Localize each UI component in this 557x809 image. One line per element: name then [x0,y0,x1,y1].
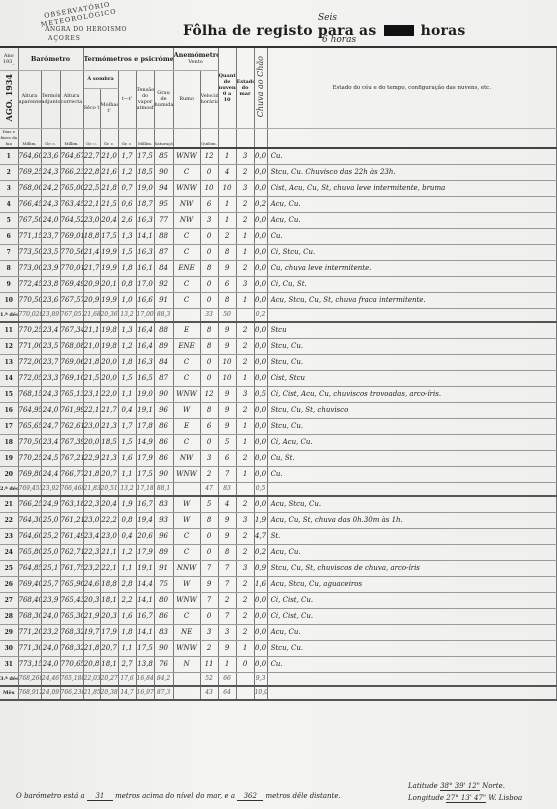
summary-row: 2.ª década769,45523,92766,46821,8320,511… [0,482,557,496]
unit-cell: Dias e fases da lua [0,128,18,148]
cell-rain: 0,0 [254,148,267,165]
cell-vap: 17,8 [136,418,154,434]
cell-rain: 0,0 [254,212,267,228]
cell-sea: 2 [236,608,254,624]
cell-cl: 10 [218,370,236,386]
baro-col-corrected: Altura correcta [60,70,83,128]
cell-vap: 19,1 [136,560,154,576]
units-row: Dias e fases da luaMillim.Gr. c.Millim.G… [0,128,557,148]
cell-alt: 773,00 [18,260,41,276]
cell-tmp: 24,2 [41,180,60,196]
cell-diff: 0,7 [118,180,136,196]
cell-diff: 2,2 [118,592,136,608]
cell-wet: 20,0 [100,354,118,370]
cell-sea: 2 [236,544,254,560]
cell-dry: 21,8 [83,640,100,656]
cell-day: 4 [0,196,18,212]
cell-vap: 16,4 [136,322,154,339]
cell-diff: 1,8 [118,354,136,370]
cell-cor: 766,468 [60,482,83,496]
cell-hum: 87 [154,244,173,260]
cell-rain: 0,0 [254,402,267,418]
latitude-value: 38° 39' 12" [440,782,480,791]
cell-alt: 764,85 [18,560,41,576]
cell-dir: ENE [173,260,200,276]
cell-tmp: 23,8 [41,276,60,292]
cell-dir [173,672,200,686]
cell-day: 26 [0,576,18,592]
table-row: 15768,1524,3765,1323,122,01,119,090WNW12… [0,386,557,402]
cell-tmp: 25,1 [41,560,60,576]
cell-wet: 18,5 [100,434,118,450]
cell-cl: 10 [218,354,236,370]
table-row: 11770,2523,4767,3421,119,81,316,488E8920… [0,322,557,339]
cell-dir: WNW [173,386,200,402]
cell-sea: 2 [236,528,254,544]
cell-vel: 0 [200,164,218,180]
cell-day: 1.ª década [0,308,18,322]
cell-cor: 766,236 [60,686,83,700]
cell-vap: 14,1 [136,592,154,608]
cell-hum: 94 [154,180,173,196]
cell-sea: 2 [236,354,254,370]
cell-rain: 0,2 [254,544,267,560]
cell-vel: 8 [200,260,218,276]
cell-dry: 21,0 [83,338,100,354]
unit-cell: Gr. c. [41,128,60,148]
cell-alt: 771,15 [18,228,41,244]
cell-sea: 2 [236,624,254,640]
cell-wet: 20,51 [100,482,118,496]
cell-vel: 12 [200,148,218,165]
cell-vel: 0 [200,292,218,308]
unit-cell: Millim. [60,128,83,148]
thermo-col-diff: t—t' [118,70,136,128]
cell-diff: 2,7 [118,656,136,672]
cell-rain: 0,0 [254,260,267,276]
cell-cl: 4 [218,496,236,513]
cell-cor: 765,13 [60,386,83,402]
cell-day: 8 [0,260,18,276]
cell-cl: 6 [218,276,236,292]
cell-cl: 7 [218,576,236,592]
cell-wet: 21,5 [100,196,118,212]
cell-cor: 766,77 [60,466,83,482]
cell-rain: 0,0 [254,244,267,260]
cell-vel: 8 [200,322,218,339]
cell-dir: C [173,276,200,292]
cell-rain: 1,6 [254,576,267,592]
cell-dir: C [173,370,200,386]
cell-sea: 2 [236,196,254,212]
cell-alt: 772,05 [18,370,41,386]
cell-hum: 89 [154,338,173,354]
cell-tmp: 24,4 [41,466,60,482]
cell-diff: 1,9 [118,496,136,513]
cell-vap: 16,7 [136,496,154,513]
cell-day: 9 [0,276,18,292]
cell-hum: 76 [154,656,173,672]
table-row: 23764,6025,2761,4923,423,00,420,696C0924… [0,528,557,544]
cell-rain: 0,0 [254,370,267,386]
cell-cl: 83 [218,482,236,496]
cell-vel: 8 [200,512,218,528]
cell-cl: 2 [218,228,236,244]
cell-tmp: 23,5 [41,338,60,354]
cell-cor: 769,49 [60,276,83,292]
cell-vel: 6 [200,418,218,434]
cell-cor: 761,49 [60,528,83,544]
unit-cell: Quilóm. [200,128,218,148]
cell-rain: 0,9 [254,560,267,576]
cell-vel: 2 [200,640,218,656]
observatory-stamp: OBSERVATÓRIO METEOROLÓGICO ANGRA DO HERO… [8,2,158,44]
cell-wet: 17,5 [100,228,118,244]
cell-rain: 0,5 [254,386,267,402]
cell-diff: 1,2 [118,338,136,354]
cell-desc: Ci, Cist, Acu, Cu, chuviscos trovoadas, … [267,386,556,402]
latitude: Latitude 38° 39' 12" Norte. [408,782,505,791]
cell-vel: 0 [200,276,218,292]
cell-day: 25 [0,560,18,576]
cell-sea [236,686,254,700]
cell-dry: 23,1 [83,386,100,402]
cell-alt: 769,80 [18,466,41,482]
cell-dry: 23,0 [83,212,100,228]
register-sheet: OBSERVATÓRIO METEOROLÓGICO ANGRA DO HERO… [0,0,557,809]
cell-day: 3 [0,180,18,196]
cell-sea: 2 [236,338,254,354]
cell-rain: 10,0 [254,686,267,700]
cell-rain: 0,0 [254,640,267,656]
cell-dry: 21,1 [83,322,100,339]
cell-alt: 768,260 [18,672,41,686]
cell-dry: 20,8 [83,656,100,672]
cell-rain: 4,7 [254,528,267,544]
cell-dir: E [173,418,200,434]
cell-vap: 17,9 [136,544,154,560]
cell-day: 17 [0,418,18,434]
cell-day: 27 [0,592,18,608]
cell-day: 13 [0,354,18,370]
cell-dir: W [173,512,200,528]
cell-vel: 3 [200,450,218,466]
cell-vel: 3 [200,624,218,640]
cell-diff: 1,8 [118,260,136,276]
cell-cor: 767,21 [60,450,83,466]
cell-tmp: 23,89 [41,308,60,322]
cell-cor: 768,32 [60,624,83,640]
table-row: 25764,8525,1761,7523,222,11,119,191NNW77… [0,560,557,576]
cell-cor: 764,67 [60,148,83,165]
cell-cor: 767,34 [60,322,83,339]
cell-vel: 6 [200,196,218,212]
cell-vap: 16,97 [136,686,154,700]
table-row: 3768,0024,2765,0022,521,80,719,094WNW101… [0,180,557,196]
unit-cell [218,128,236,148]
table-row: 31773,1524,0770,6520,818,12,713,876N1110… [0,656,557,672]
unit-cell: Gr. c. [83,128,100,148]
cell-diff: 1,7 [118,148,136,165]
cell-sea: 1 [236,292,254,308]
cell-alt: 768,40 [18,592,41,608]
cell-cl: 1 [218,196,236,212]
cell-sea: 3 [236,386,254,402]
summary-row: Mês768,91224,09766,23621,8520,3814,716,9… [0,686,557,700]
handwritten-hour-word: Seis [318,13,337,23]
cell-wet: 21,8 [100,180,118,196]
cell-alt: 770,25 [18,322,41,339]
cell-rain: 0,0 [254,466,267,482]
cell-sea: 2 [236,402,254,418]
cell-wet: 21,3 [100,450,118,466]
cell-tmp: 23,9 [41,260,60,276]
cell-hum: 88 [154,322,173,339]
cell-tmp: 24,09 [41,686,60,700]
cell-alt: 766,25 [18,496,41,513]
cell-diff: 0,6 [118,196,136,212]
cell-dir: NW [173,450,200,466]
cell-cl: 1 [218,148,236,165]
baro-col-thermo: Termómetro adjunto [41,70,60,128]
cell-hum: 95 [154,196,173,212]
cell-dir: C [173,434,200,450]
cell-cl: 7 [218,608,236,624]
cell-desc: Cist, Stcu [267,370,556,386]
cell-hum: 93 [154,512,173,528]
cell-cl: 64 [218,686,236,700]
cell-wet: 21,7 [100,402,118,418]
cell-cl: 8 [218,544,236,560]
cell-tmp: 23,4 [41,434,60,450]
cell-desc: Acu, Stcu, Cu, aguaceiros [267,576,556,592]
cell-wet: 19,9 [100,292,118,308]
cell-day: 6 [0,228,18,244]
cell-vel: 0 [200,528,218,544]
cell-vap: 16,3 [136,212,154,228]
cell-vap: 17,9 [136,450,154,466]
table-row: 21766,2524,9763,1822,320,41,916,783W5420… [0,496,557,513]
cell-vap: 16,1 [136,260,154,276]
unit-cell: Saturação=100 [154,128,173,148]
cell-vap: 17,5 [136,640,154,656]
cell-day: 24 [0,544,18,560]
cell-diff: 1,1 [118,560,136,576]
shade-header: À sombra [83,70,118,88]
cell-rain: 0,0 [254,434,267,450]
cell-vap: 14,9 [136,434,154,450]
cell-desc: Acu, Cu. [267,624,556,640]
cell-diff: 1,6 [118,608,136,624]
cell-dry: 21,4 [83,244,100,260]
cell-diff: 0,8 [118,276,136,292]
cell-tmp: 23,4 [41,322,60,339]
cell-dry: 22,1 [83,402,100,418]
cell-alt: 765,65 [18,418,41,434]
cell-rain: 0,0 [254,354,267,370]
wind-col-direction: Rumo [173,70,200,128]
cell-alt: 768,00 [18,180,41,196]
cell-desc: Acu, Cu. [267,544,556,560]
cell-hum: 91 [154,560,173,576]
cell-vel: 7 [200,592,218,608]
table-row: 17765,6524,7762,6123,021,31,717,886E6910… [0,418,557,434]
cell-cor: 763,18 [60,496,83,513]
table-row: 22764,3025,0761,2123,022,20,819,493W8931… [0,512,557,528]
cell-vel: 8 [200,402,218,418]
cell-hum: 86 [154,434,173,450]
cell-vel: 52 [200,672,218,686]
cell-hum: 85 [154,148,173,165]
cell-sea [236,308,254,322]
cell-rain: 0,2 [254,196,267,212]
cell-tmp: 24,0 [41,608,60,624]
cell-sea: 3 [236,180,254,196]
cell-sea [236,672,254,686]
cell-desc: Stcu, Cu. Chuvisco das 22h às 23h. [267,164,556,180]
cell-cl: 7 [218,466,236,482]
cell-wet: 20,4 [100,212,118,228]
cell-wet: 20,38 [100,686,118,700]
cell-desc: Ci, Cist, Cu. [267,592,556,608]
cell-day: 19 [0,450,18,466]
cell-diff: 1,5 [118,370,136,386]
cell-desc: Stcu, Cu. [267,354,556,370]
cell-vap: 19,0 [136,180,154,196]
cell-day: 3.ª década [0,672,18,686]
cell-desc: Ci, Stcu, Cu. [267,244,556,260]
cell-dry: 21,8 [83,354,100,370]
cell-alt: 773,15 [18,656,41,672]
cell-alt: 764,95 [18,402,41,418]
cell-tmp: 25,0 [41,544,60,560]
cell-wet: 19,8 [100,338,118,354]
cell-dir: WNW [173,466,200,482]
cell-vap: 16,7 [136,608,154,624]
table-row: 1764,6023,6764,6722,721,01,717,585WNW121… [0,148,557,165]
cell-dir: C [173,354,200,370]
cell-vel: 0 [200,608,218,624]
cell-alt: 764,60 [18,528,41,544]
unit-cell [173,128,200,148]
cell-alt: 764,30 [18,512,41,528]
cell-diff: 1,6 [118,450,136,466]
cell-dir: C [173,292,200,308]
cell-sea: 1 [236,640,254,656]
cell-dir: N [173,656,200,672]
cell-dry: 20,3 [83,592,100,608]
table-row: 30771,3024,0768,3221,820,71,117,590WNW29… [0,640,557,656]
cell-tmp: 24,0 [41,640,60,656]
table-row: 16764,9524,0761,9922,121,70,419,196W8920… [0,402,557,418]
cell-dry: 24,6 [83,576,100,592]
cell-dry: 20,9 [83,292,100,308]
cell-cor: 766,23 [60,164,83,180]
longitude-value: 27° 13' 47" [446,794,486,803]
unit-cell [254,128,267,148]
redacted-hour [384,25,414,36]
cell-rain: 0,0 [254,592,267,608]
cell-dir: NW [173,212,200,228]
cell-vel: 10 [200,180,218,196]
cell-dry: 22,9 [83,450,100,466]
cell-wet: 23,0 [100,528,118,544]
cell-tmp: 23,6 [41,292,60,308]
cell-tmp: 25,2 [41,528,60,544]
cell-vap: 18,7 [136,196,154,212]
sky-description-header: Estado do céu e do tempo, configuração d… [267,48,556,128]
register-rows: 1764,6023,6764,6722,721,01,717,585WNW121… [0,148,557,700]
cell-cl: 3 [218,624,236,640]
cell-day: 22 [0,512,18,528]
cell-dir: NNW [173,560,200,576]
cell-desc: Cu. [267,656,556,672]
cell-dir: C [173,228,200,244]
cell-diff: 1,5 [118,244,136,260]
cell-desc [267,686,556,700]
unit-cell: Millim. [18,128,41,148]
cell-vap: 14,1 [136,228,154,244]
cell-hum: 90 [154,466,173,482]
cell-alt: 773,50 [18,244,41,260]
cell-wet: 17,9 [100,624,118,640]
cell-desc: Stcu, Cu. [267,338,556,354]
cell-cor: 768,08 [60,338,83,354]
cell-desc: Cu. [267,228,556,244]
cell-hum: 90 [154,640,173,656]
cell-cor: 767,051 [60,308,83,322]
cell-hum: 88,3 [154,308,173,322]
cell-rain: 0,0 [254,496,267,513]
cell-cor: 767,57 [60,292,83,308]
cell-day: 16 [0,402,18,418]
cell-wet: 21,6 [100,164,118,180]
cell-day: 18 [0,434,18,450]
cell-diff: 1,2 [118,164,136,180]
cell-dir: NE [173,624,200,640]
cell-sea: 2 [236,212,254,228]
cell-cor: 763,45 [60,196,83,212]
cell-wet: 18,1 [100,656,118,672]
anemometer-header: AnemómetroVento [173,48,218,70]
cell-tmp: 23,92 [41,482,60,496]
cell-cl: 9 [218,260,236,276]
cell-vap: 16,843 [136,672,154,686]
cell-cl: 9 [218,528,236,544]
cell-desc: Acu, Stcu, Cu. [267,496,556,513]
cell-sea: 1 [236,228,254,244]
cell-hum: 84 [154,260,173,276]
cell-day: 23 [0,528,18,544]
table-row: 20769,8024,4766,7721,820,71,117,590WNW27… [0,466,557,482]
cell-cor: 770,65 [60,656,83,672]
cell-cl: 9 [218,512,236,528]
cell-hum: 92 [154,276,173,292]
cell-diff: 2,6 [118,212,136,228]
cell-vap: 17,18 [136,482,154,496]
cell-dry: 22,1 [83,196,100,212]
cell-desc: Stcu, Cu. [267,640,556,656]
clouds-header: Quantidade de nuvens 0 a 10 [218,48,236,128]
barometer-distance: 362 [237,792,263,801]
cell-rain: 0,2 [254,308,267,322]
cell-vel: 0 [200,244,218,260]
cell-vap: 17,5 [136,148,154,165]
stamp-city: ANGRA DO HEROISMO [45,26,127,33]
cell-hum: 84 [154,354,173,370]
cell-dry: 21,7 [83,260,100,276]
cell-hum: 77 [154,212,173,228]
